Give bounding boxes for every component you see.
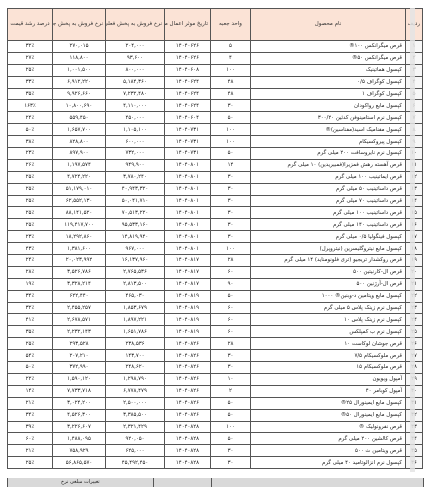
growth-percent-cell: ۲۵٪ — [8, 64, 53, 76]
growth-percent-cell: ۲۱٪ — [8, 397, 53, 409]
current-price-cell: ۴۵,۴۹۲,۴۵۰ — [106, 457, 165, 469]
new-price-cell: ۴,۵۲۶,۳۰۰ — [53, 409, 106, 421]
effective-date-cell: ۱۴۰۴۰۸۲۸ — [165, 421, 211, 433]
product-name-cell: قرص نفرونولیک ® — [251, 421, 406, 433]
product-name-cell: کپسول کوگراف ۱ — [251, 88, 406, 100]
growth-percent-cell: ۳۵٪ — [8, 326, 53, 338]
table-row: ۳۶کپسول نرم انزالوتامید ۴۰ میلی گرم۳۰۱۴۰… — [8, 457, 423, 469]
table-row: ۶کپسول مایع رواکودان۳۰۱۴۰۴۰۶۲۴۴,۱۱۰,۰۰۰۱… — [8, 100, 423, 112]
effective-date-cell: ۱۴۰۴۰۶۰۴ — [165, 112, 211, 124]
box-unit-cell: ۵۰ — [211, 112, 251, 124]
growth-percent-cell: ۱۶۳٪ — [8, 100, 53, 112]
new-price-cell: ۲۷۰,۰۱۵ — [53, 41, 106, 53]
product-name-cell: قرص ایماتینیب ۱۰۰ میلی گرم — [251, 171, 406, 183]
growth-percent-cell: ۵۰٪ — [8, 124, 53, 136]
table-row: ۳۴قرص کالشین ۲۰۰ میلی گرم۵۰۱۴۰۴۰۸۲۸۹۲۰,۰… — [8, 433, 423, 445]
product-name-cell: قرص داساتینیب ۱۰۰ میلی گرم — [251, 207, 406, 219]
table-row: ۵کپسول کوگراف ۱۴۸۱۴۰۴۰۶۲۴۷,۲۳۲,۴۸۰۹,۹۲۶,… — [8, 88, 423, 100]
current-price-cell: ۵,۱۸۴,۳۶۰ — [106, 76, 165, 88]
box-unit-cell: ۹۰ — [211, 278, 251, 290]
price-change-sheet: ردیف نام محصول واحد جعبه تاریخ موثر اعما… — [7, 8, 422, 469]
new-price-cell: ۶۲,۵۵۲,۱۳۰ — [53, 195, 106, 207]
product-name-cell: قرص داساتینیب ۵۰ میلی گرم — [251, 183, 406, 195]
box-unit-cell: ۶۰ — [211, 302, 251, 314]
current-price-cell: ۹۳,۶۰۰ — [106, 52, 165, 64]
effective-date-cell: ۱۴۰۴۰۷۳۱ — [165, 124, 211, 136]
header-row: ردیف نام محصول واحد جعبه تاریخ موثر اعما… — [8, 9, 423, 41]
growth-percent-cell: ۲۵٪ — [8, 457, 53, 469]
product-name-cell: کپسول مایع نیتروگلیسرین (نیتروپرل) — [251, 243, 406, 255]
box-unit-cell: ۵۰ — [211, 433, 251, 445]
new-price-cell: ۷۵۸,۹۲۹ — [53, 445, 106, 457]
box-unit-cell: ۵۰ — [211, 148, 251, 160]
table-row: ۱۰کپسول نرم نایروسافت ۲۰۰ میلی گرم۵۰۱۴۰۴… — [8, 148, 423, 160]
box-unit-cell: ۱۰۰ — [211, 64, 251, 76]
product-name-cell: قرص روکشدار تریجیو (تری فلونومناید) ۱۴ م… — [251, 255, 406, 267]
product-name-cell: قرص ال-آرژنین ۵۰۰ — [251, 278, 406, 290]
box-unit-cell: ۳۰ — [211, 100, 251, 112]
effective-date-cell: ۱۴۰۴۰۸۲۶ — [165, 338, 211, 350]
effective-date-cell: ۱۴۰۴۰۸۰۱ — [165, 195, 211, 207]
growth-percent-cell: ۳۴٪ — [8, 409, 53, 421]
product-name-cell: کپسول پیروکسیکام — [251, 136, 406, 148]
current-price-cell: ۱,۸۵۳,۶۷۹ — [106, 302, 165, 314]
product-name-cell: کپسول نرم زینک پلاس ۵ میلی گرم — [251, 302, 406, 314]
growth-percent-cell: ۶۰٪ — [8, 433, 53, 445]
effective-date-cell: ۱۴۰۴۰۸۲۶ — [165, 350, 211, 362]
box-unit-cell: ۱۰ — [211, 373, 251, 385]
current-price-cell: ۱,۲۹۸,۷۹۰ — [106, 373, 165, 385]
current-price-cell: ۶۲۵,۰۰۰ — [106, 445, 165, 457]
growth-percent-cell: ۲۸٪ — [8, 266, 53, 278]
effective-date-cell: ۱۴۰۴۰۸۰۱ — [165, 183, 211, 195]
table-row: ۲۲کپسول مایع ویتامین د-وبنین® ۱۰۰۰۵۰۱۴۰۴… — [8, 290, 423, 302]
growth-percent-cell: ۲۴٪ — [8, 255, 53, 267]
effective-date-cell: ۱۴۰۴۰۸۰۱ — [165, 159, 211, 171]
effective-date-cell: ۱۴۰۴۰۶۲۴ — [165, 76, 211, 88]
effective-date-cell: ۱۴۰۴۰۶۲۴ — [165, 100, 211, 112]
effective-date-cell: ۱۴۰۴۰۸۲۶ — [165, 409, 211, 421]
current-price-cell: ۲۳۸,۵۳۶ — [106, 338, 165, 350]
new-price-cell: ۲۰,۰۲۳,۹۹۲ — [53, 255, 106, 267]
effective-date-cell: ۱۴۰۴۰۸۲۸ — [165, 445, 211, 457]
effective-date-cell: ۱۴۰۴۰۸۲۶ — [165, 362, 211, 374]
box-unit-cell: ۲ — [211, 385, 251, 397]
table-row: ۱۳قرص داساتینیب ۵۰ میلی گرم۳۰۱۴۰۴۰۸۰۱۴۰,… — [8, 183, 423, 195]
growth-percent-cell: ۲۵٪ — [8, 183, 53, 195]
box-unit-cell: ۲۸ — [211, 255, 251, 267]
new-price-cell: ۸۸,۱۴۱,۵۲۰ — [53, 207, 106, 219]
new-price-cell: ۲۰۷,۲۱۰ — [53, 350, 106, 362]
table-row: ۱۲قرص ایماتینیب ۱۰۰ میلی گرم۳۰۱۴۰۴۰۸۰۱۳,… — [8, 171, 423, 183]
table-row: ۲۵کپسول نرم ب کمپلکس۶۰۱۴۰۴۰۸۱۹۱,۶۵۱,۷۸۶۲… — [8, 326, 423, 338]
growth-percent-cell: ۲۷٪ — [8, 52, 53, 64]
current-price-cell: ۲,۸۱۳,۵۰۰ — [106, 278, 165, 290]
new-price-cell: ۱,۶۵۷,۷۰۰ — [53, 124, 106, 136]
new-price-cell: ۵۵۹,۴۵۰ — [53, 112, 106, 124]
new-price-cell: ۵۶,۸۶۵,۵۷۰ — [53, 457, 106, 469]
growth-percent-cell: ۲۳٪ — [8, 148, 53, 160]
current-price-cell: ۱۶,۱۳۷,۹۶۰ — [106, 255, 165, 267]
table-row: ۱۶قرص داساتینیب ۱۴۰ میلی گرم۳۰۱۴۰۴۰۸۰۱۹۵… — [8, 219, 423, 231]
product-name-cell: کپسول مایع ویتامین د-وبنین® ۱۰۰۰ — [251, 290, 406, 302]
new-price-cell: ۶۲۲,۴۴۰ — [53, 290, 106, 302]
footer-label: تغییرات مبلغی نرخ — [8, 478, 153, 487]
product-name-cell: قرص میگرانکس ۱۰۰® — [251, 41, 406, 53]
footer-empty-cell-middle — [153, 478, 211, 487]
product-name-cell: قرص ال-کارنیتین ۵۰۰ — [251, 266, 406, 278]
table-row: ۲۰قرص ال-کارنیتین ۵۰۰۶۰۱۴۰۴۰۸۱۷۲,۷۶۵,۵۳۶… — [8, 266, 423, 278]
current-price-cell: ۲,۳۲۱,۴۲۹ — [106, 421, 165, 433]
table-row: ۲قرص میگرانکس ۵۰®۴۱۴۰۴۰۶۲۶۹۳,۶۰۰۱۱۸,۸۰۰۲… — [8, 52, 423, 64]
table-row: ۹کپسول پیروکسیکام۱۰۰۱۴۰۴۰۷۳۱۶۰۰,۰۰۰۸۲۸,۸… — [8, 136, 423, 148]
product-name-cell: قرص میگرانکس ۵۰® — [251, 52, 406, 64]
new-price-cell: ۴,۷۲۴,۲۲۰ — [53, 171, 106, 183]
box-unit-cell: ۱۰۰ — [211, 136, 251, 148]
new-price-cell: ۳,۰۲۴,۲۰۰ — [53, 397, 106, 409]
table-row: ۳۳قرص نفرونولیک ®۱۰۰۱۴۰۴۰۸۲۸۲,۳۲۱,۴۲۹۳,۲… — [8, 421, 423, 433]
new-price-cell: ۱۰,۸۰۰,۶۹۰ — [53, 100, 106, 112]
product-name-cell: کپسول نرم انزالوتامید ۴۰ میلی گرم — [251, 457, 406, 469]
table-row: ۱۸کپسول مایع نیتروگلیسرین (نیتروپرل)۱۰۰۱… — [8, 243, 423, 255]
product-name-cell: قرص ملوکسیکام ۱۵ — [251, 362, 406, 374]
effective-date-cell: ۱۴۰۴۰۷۳۱ — [165, 136, 211, 148]
effective-date-cell: ۱۴۰۴۰۸۲۸ — [165, 433, 211, 445]
effective-date-cell: ۱۴۰۴۰۸۰۱ — [165, 171, 211, 183]
effective-date-cell: ۱۴۰۴۰۸۱۷ — [165, 255, 211, 267]
header-current-price: نرخ فروش به پخش فعلی (ریال) — [106, 9, 165, 41]
table-row: ۴کپسول کوگراف ۰/۵۴۸۱۴۰۴۰۶۲۴۵,۱۸۴,۳۶۰۶,۹۱… — [8, 76, 423, 88]
growth-percent-cell: ۲۳٪ — [8, 231, 53, 243]
new-price-cell: ۳۷۲,۹۹۰ — [53, 362, 106, 374]
effective-date-cell: ۱۴۰۴۰۷۳۱ — [165, 148, 211, 160]
product-name-cell: کپسول نرم نایروسافت ۲۰۰ میلی گرم — [251, 148, 406, 160]
current-price-cell: ۶۰۰,۰۰۰ — [106, 136, 165, 148]
effective-date-cell: ۱۴۰۴۰۶۰۸ — [165, 64, 211, 76]
table-row: ۲۳کپسول نرم زینک پلاس ۵ میلی گرم۶۰۱۴۰۴۰۸… — [8, 302, 423, 314]
effective-date-cell: ۱۴۰۴۰۶۲۶ — [165, 52, 211, 64]
growth-percent-cell: ۴۳٪ — [8, 243, 53, 255]
product-name-cell: آمپول کوبامر ۴۰ — [251, 385, 406, 397]
table-row: ۲۹آمپول ویویون۱۰۱۴۰۴۰۸۲۶۱,۲۹۸,۷۹۰۱,۵۹۰,۱… — [8, 373, 423, 385]
growth-percent-cell: ۲۵٪ — [8, 338, 53, 350]
product-name-cell: قرص کالشین ۲۰۰ میلی گرم — [251, 433, 406, 445]
growth-percent-cell: ۳۲٪ — [8, 41, 53, 53]
table-row: ۳۰آمپول کوبامر ۴۰۲۱۴۰۴۰۸۲۶۶,۷۷۸,۴۷۹۷,۷۳۳… — [8, 385, 423, 397]
product-name-cell: کپسول مفنامیک اسید(مفناسین)® — [251, 124, 406, 136]
effective-date-cell: ۱۴۰۴۰۶۲۶ — [165, 41, 211, 53]
box-unit-cell: ۴۸ — [211, 88, 251, 100]
current-price-cell: ۴,۱۱۰,۰۰۰ — [106, 100, 165, 112]
current-price-cell: ۹۵,۵۳۳,۱۶۰ — [106, 219, 165, 231]
current-price-cell: ۱۴,۸۱۹,۹۴۰ — [106, 231, 165, 243]
growth-percent-cell: ۱۹٪ — [8, 278, 53, 290]
box-unit-cell: ۱۰۰ — [211, 421, 251, 433]
product-name-cell: کپسول نرم استامینوفن کدئین ۳۰۰/۲۰ — [251, 112, 406, 124]
box-unit-cell: ۱۴ — [211, 159, 251, 171]
box-unit-cell: ۵۰ — [211, 409, 251, 421]
growth-percent-cell: ۳۵٪ — [8, 88, 53, 100]
new-price-cell: ۲,۲۳۲,۱۴۳ — [53, 326, 106, 338]
effective-date-cell: ۱۴۰۴۰۸۰۱ — [165, 243, 211, 255]
table-row: ۲۸قرص ملوکسیکام ۱۵۳۰۱۴۰۴۰۸۲۶۲۴۸,۶۲۰۳۷۲,۹… — [8, 362, 423, 374]
effective-date-cell: ۱۴۰۴۰۸۱۷ — [165, 278, 211, 290]
new-price-cell: ۲,۴۵۵,۲۵۷ — [53, 302, 106, 314]
growth-percent-cell: ۳۲٪ — [8, 302, 53, 314]
box-unit-cell: ۳۰ — [211, 171, 251, 183]
current-price-cell: ۴۰,۹۴۳,۳۲۰ — [106, 183, 165, 195]
box-unit-cell: ۱۰۰ — [211, 124, 251, 136]
box-unit-cell: ۶۰ — [211, 314, 251, 326]
growth-percent-cell: ۵۴٪ — [8, 350, 53, 362]
box-unit-cell: ۱۰۰ — [211, 243, 251, 255]
current-price-cell: ۸۰۰,۰۰۰ — [106, 64, 165, 76]
table-row: ۱۵قرص داساتینیب ۱۰۰ میلی گرم۳۰۱۴۰۴۰۸۰۱۷۰… — [8, 207, 423, 219]
box-unit-cell: ۲۸ — [211, 338, 251, 350]
current-price-cell: ۳,۷۸۰,۲۴۰ — [106, 171, 165, 183]
growth-percent-cell: ۲۵٪ — [8, 195, 53, 207]
table-row: ۲۴کپسول نرم زینک پلاس ۱۰۶۰۱۴۰۴۰۸۱۹۱,۸۹۷,… — [8, 314, 423, 326]
current-price-cell: ۱,۱۰۵,۱۰۰ — [106, 124, 165, 136]
table-row: ۳۱کپسول مایع ایمینورال ۲۵®۵۰۱۴۰۴۰۸۲۶۲,۵۰… — [8, 397, 423, 409]
growth-percent-cell: ۱۴٪ — [8, 385, 53, 397]
box-unit-cell: ۶۰ — [211, 266, 251, 278]
product-name-cell: کپسول کوگراف ۰/۵ — [251, 76, 406, 88]
effective-date-cell: ۱۴۰۴۰۸۰۱ — [165, 231, 211, 243]
effective-date-cell: ۱۴۰۴۰۸۱۷ — [165, 266, 211, 278]
current-price-cell: ۹۲۰,۰۵۰ — [106, 433, 165, 445]
product-name-cell: قرص ویتامین ث ۵۰۰ — [251, 445, 406, 457]
current-price-cell: ۱۴۳,۷۰۰ — [106, 350, 165, 362]
table-row: ۲۶قرص جوشان لوکاست ۱۰۲۸۱۴۰۴۰۸۲۶۲۳۸,۵۳۶۲۹… — [8, 338, 423, 350]
product-name-cell: کپسول فینگولیا ۰/۵ میلی گرم — [251, 231, 406, 243]
effective-date-cell: ۱۴۰۴۰۸۱۹ — [165, 326, 211, 338]
product-name-cell: کپسول نرم زینک پلاس ۱۰ — [251, 314, 406, 326]
current-price-cell: ۱,۶۵۱,۷۸۶ — [106, 326, 165, 338]
new-price-cell: ۱,۵۹۰,۱۲۰ — [53, 373, 106, 385]
new-price-cell: ۸۲۸,۸۰۰ — [53, 136, 106, 148]
growth-percent-cell: ۴۱٪ — [8, 314, 53, 326]
growth-percent-cell: ۲۵٪ — [8, 219, 53, 231]
table-row: ۱۹قرص روکشدار تریجیو (تری فلونومناید) ۱۴… — [8, 255, 423, 267]
header-effective-date: تاریخ موثر اعمال مجوز — [165, 9, 211, 41]
growth-percent-cell: ۵۰٪ — [8, 362, 53, 374]
table-row: ۳۲کپسول مایع ایمینورال ۵۰®۵۰۱۴۰۴۰۸۲۶۳,۳۸… — [8, 409, 423, 421]
product-name-cell: قرص داساتینیب ۷۰ میلی گرم — [251, 195, 406, 207]
growth-percent-cell: ۳۳٪ — [8, 76, 53, 88]
effective-date-cell: ۱۴۰۴۰۸۲۶ — [165, 385, 211, 397]
current-price-cell: ۵۰,۰۴۱,۷۱۰ — [106, 195, 165, 207]
new-price-cell: ۶,۹۱۲,۲۲۰ — [53, 76, 106, 88]
footer-bar: تغییرات مبلغی نرخ — [7, 478, 424, 487]
vertical-scrollbar[interactable] — [410, 8, 415, 472]
table-row: ۱۷کپسول فینگولیا ۰/۵ میلی گرم۳۰۱۴۰۴۰۸۰۱۱… — [8, 231, 423, 243]
table-row: ۱۱قرص آهسته رهش فمزیرا(فمبیریدین) ۱۰ میل… — [8, 159, 423, 171]
header-new-price: نرخ فروش به پخش جدید (ریال) — [53, 9, 106, 41]
effective-date-cell: ۱۴۰۴۰۸۰۱ — [165, 219, 211, 231]
header-growth-percent: درصد رشد قیمت — [8, 9, 53, 41]
growth-percent-cell: ۲۴٪ — [8, 112, 53, 124]
box-unit-cell: ۵۰ — [211, 397, 251, 409]
product-name-cell: کپسول مایع ایمینورال ۲۵® — [251, 397, 406, 409]
table-row: ۷کپسول نرم استامینوفن کدئین ۳۰۰/۲۰۵۰۱۴۰۴… — [8, 112, 423, 124]
new-price-cell: ۲,۶۷۸,۵۷۱ — [53, 314, 106, 326]
box-unit-cell: ۳۰ — [211, 219, 251, 231]
effective-date-cell: ۱۴۰۴۰۸۰۱ — [165, 207, 211, 219]
effective-date-cell: ۱۴۰۴۰۸۲۶ — [165, 397, 211, 409]
effective-date-cell: ۱۴۰۴۰۸۱۹ — [165, 302, 211, 314]
box-unit-cell: ۳۰ — [211, 207, 251, 219]
effective-date-cell: ۱۴۰۴۰۸۲۶ — [165, 373, 211, 385]
current-price-cell: ۴۶۵,۰۳۰ — [106, 290, 165, 302]
effective-date-cell: ۱۴۰۴۰۸۱۹ — [165, 314, 211, 326]
current-price-cell: ۲۰۴,۰۰۰ — [106, 41, 165, 53]
header-box-unit: واحد جعبه — [211, 9, 251, 41]
box-unit-cell: ۳۰ — [211, 231, 251, 243]
current-price-cell: ۲۴۸,۶۲۰ — [106, 362, 165, 374]
box-unit-cell: ۳۰ — [211, 457, 251, 469]
price-table: ردیف نام محصول واحد جعبه تاریخ موثر اعما… — [7, 8, 423, 469]
product-name-cell: قرص داساتینیب ۱۴۰ میلی گرم — [251, 219, 406, 231]
footer-empty-cell-right — [211, 478, 423, 487]
current-price-cell: ۹۶۷,۰۰۰ — [106, 243, 165, 255]
new-price-cell: ۱,۰۰۱,۵۰۰ — [53, 64, 106, 76]
growth-percent-cell: ۲۶٪ — [8, 159, 53, 171]
product-name-cell: کپسول هماتینیک — [251, 64, 406, 76]
current-price-cell: ۳,۳۸۵,۵۰۰ — [106, 409, 165, 421]
product-name-cell: کپسول مایع رواکودان — [251, 100, 406, 112]
table-row: ۳۵قرص ویتامین ث ۵۰۰۳۰۱۴۰۴۰۸۲۸۶۲۵,۰۰۰۷۵۸,… — [8, 445, 423, 457]
current-price-cell: ۲,۵۰۰,۰۰۰ — [106, 397, 165, 409]
new-price-cell: ۳,۳۲۸,۲۱۴ — [53, 278, 106, 290]
current-price-cell: ۹۴۹,۹۰۰ — [106, 159, 165, 171]
current-price-cell: ۴۵۰,۰۰۰ — [106, 112, 165, 124]
box-unit-cell: ۴ — [211, 52, 251, 64]
growth-percent-cell: ۲۵٪ — [8, 207, 53, 219]
box-unit-cell: ۳۰ — [211, 445, 251, 457]
growth-percent-cell: ۳۹٪ — [8, 421, 53, 433]
header-product-name: نام محصول — [251, 9, 406, 41]
new-price-cell: ۱۸,۲۹۲,۸۶۰ — [53, 231, 106, 243]
table-row: ۸کپسول مفنامیک اسید(مفناسین)®۱۰۰۱۴۰۴۰۷۳۱… — [8, 124, 423, 136]
product-name-cell: آمپول ویویون — [251, 373, 406, 385]
box-unit-cell: ۵۰ — [211, 290, 251, 302]
effective-date-cell: ۱۴۰۴۰۶۲۴ — [165, 88, 211, 100]
effective-date-cell: ۱۴۰۴۰۸۲۸ — [165, 457, 211, 469]
growth-percent-cell: ۳۸٪ — [8, 136, 53, 148]
new-price-cell: ۹,۹۲۶,۶۶۰ — [53, 88, 106, 100]
growth-percent-cell: ۲۵٪ — [8, 171, 53, 183]
table-row: ۱قرص میگرانکس ۱۰۰®۵۱۴۰۴۰۶۲۶۲۰۴,۰۰۰۲۷۰,۰۱… — [8, 41, 423, 53]
product-name-cell: قرص جوشان لوکاست ۱۰ — [251, 338, 406, 350]
new-price-cell: ۵۱,۱۷۹,۰۱۰ — [53, 183, 106, 195]
current-price-cell: ۷۳۲,۰۰۰ — [106, 148, 165, 160]
current-price-cell: ۲,۷۶۵,۵۳۶ — [106, 266, 165, 278]
new-price-cell: ۱,۱۹۷,۵۷۴ — [53, 159, 106, 171]
product-name-cell: قرص ملوکسیکام ۷/۵ — [251, 350, 406, 362]
growth-percent-cell: ۲۱٪ — [8, 445, 53, 457]
table-row: ۱۴قرص داساتینیب ۷۰ میلی گرم۳۰۱۴۰۴۰۸۰۱۵۰,… — [8, 195, 423, 207]
box-unit-cell: ۳۰ — [211, 350, 251, 362]
box-unit-cell: ۵ — [211, 41, 251, 53]
growth-percent-cell: ۳۴٪ — [8, 290, 53, 302]
new-price-cell: ۱,۴۸۸,۰۹۵ — [53, 433, 106, 445]
box-unit-cell: ۳۰ — [211, 362, 251, 374]
new-price-cell: ۱۱۹,۴۱۷,۷۰۰ — [53, 219, 106, 231]
new-price-cell: ۸۹۷,۹۰۰ — [53, 148, 106, 160]
new-price-cell: ۱,۳۸۱,۶۰۰ — [53, 243, 106, 255]
box-unit-cell: ۳۰ — [211, 183, 251, 195]
new-price-cell: ۷,۷۳۳,۷۱۸ — [53, 385, 106, 397]
box-unit-cell: ۴۸ — [211, 76, 251, 88]
new-price-cell: ۳,۲۲۶,۶۰۷ — [53, 421, 106, 433]
product-name-cell: کپسول نرم ب کمپلکس — [251, 326, 406, 338]
product-name-cell: قرص آهسته رهش فمزیرا(فمبیریدین) ۱۰ میلی … — [251, 159, 406, 171]
table-row: ۲۷قرص ملوکسیکام ۷/۵۳۰۱۴۰۴۰۸۲۶۱۴۳,۷۰۰۲۰۷,… — [8, 350, 423, 362]
box-unit-cell: ۶۰ — [211, 326, 251, 338]
current-price-cell: ۷۰,۵۱۳,۲۲۰ — [106, 207, 165, 219]
current-price-cell: ۱,۸۹۷,۲۲۱ — [106, 314, 165, 326]
product-name-cell: کپسول مایع ایمینورال ۵۰® — [251, 409, 406, 421]
table-row: ۳کپسول هماتینیک۱۰۰۱۴۰۴۰۶۰۸۸۰۰,۰۰۰۱,۰۰۱,۵… — [8, 64, 423, 76]
new-price-cell: ۱۱۸,۸۰۰ — [53, 52, 106, 64]
new-price-cell: ۳,۵۲۶,۷۸۶ — [53, 266, 106, 278]
new-price-cell: ۲۹۳,۵۲۸ — [53, 338, 106, 350]
table-body: ۱قرص میگرانکس ۱۰۰®۵۱۴۰۴۰۶۲۶۲۰۴,۰۰۰۲۷۰,۰۱… — [8, 41, 423, 469]
effective-date-cell: ۱۴۰۴۰۸۱۹ — [165, 290, 211, 302]
current-price-cell: ۶,۷۷۸,۴۷۹ — [106, 385, 165, 397]
growth-percent-cell: ۲۲٪ — [8, 373, 53, 385]
current-price-cell: ۷,۲۳۲,۴۸۰ — [106, 88, 165, 100]
table-row: ۲۱قرص ال-آرژنین ۵۰۰۹۰۱۴۰۴۰۸۱۷۲,۸۱۳,۵۰۰۳,… — [8, 278, 423, 290]
box-unit-cell: ۳۰ — [211, 195, 251, 207]
